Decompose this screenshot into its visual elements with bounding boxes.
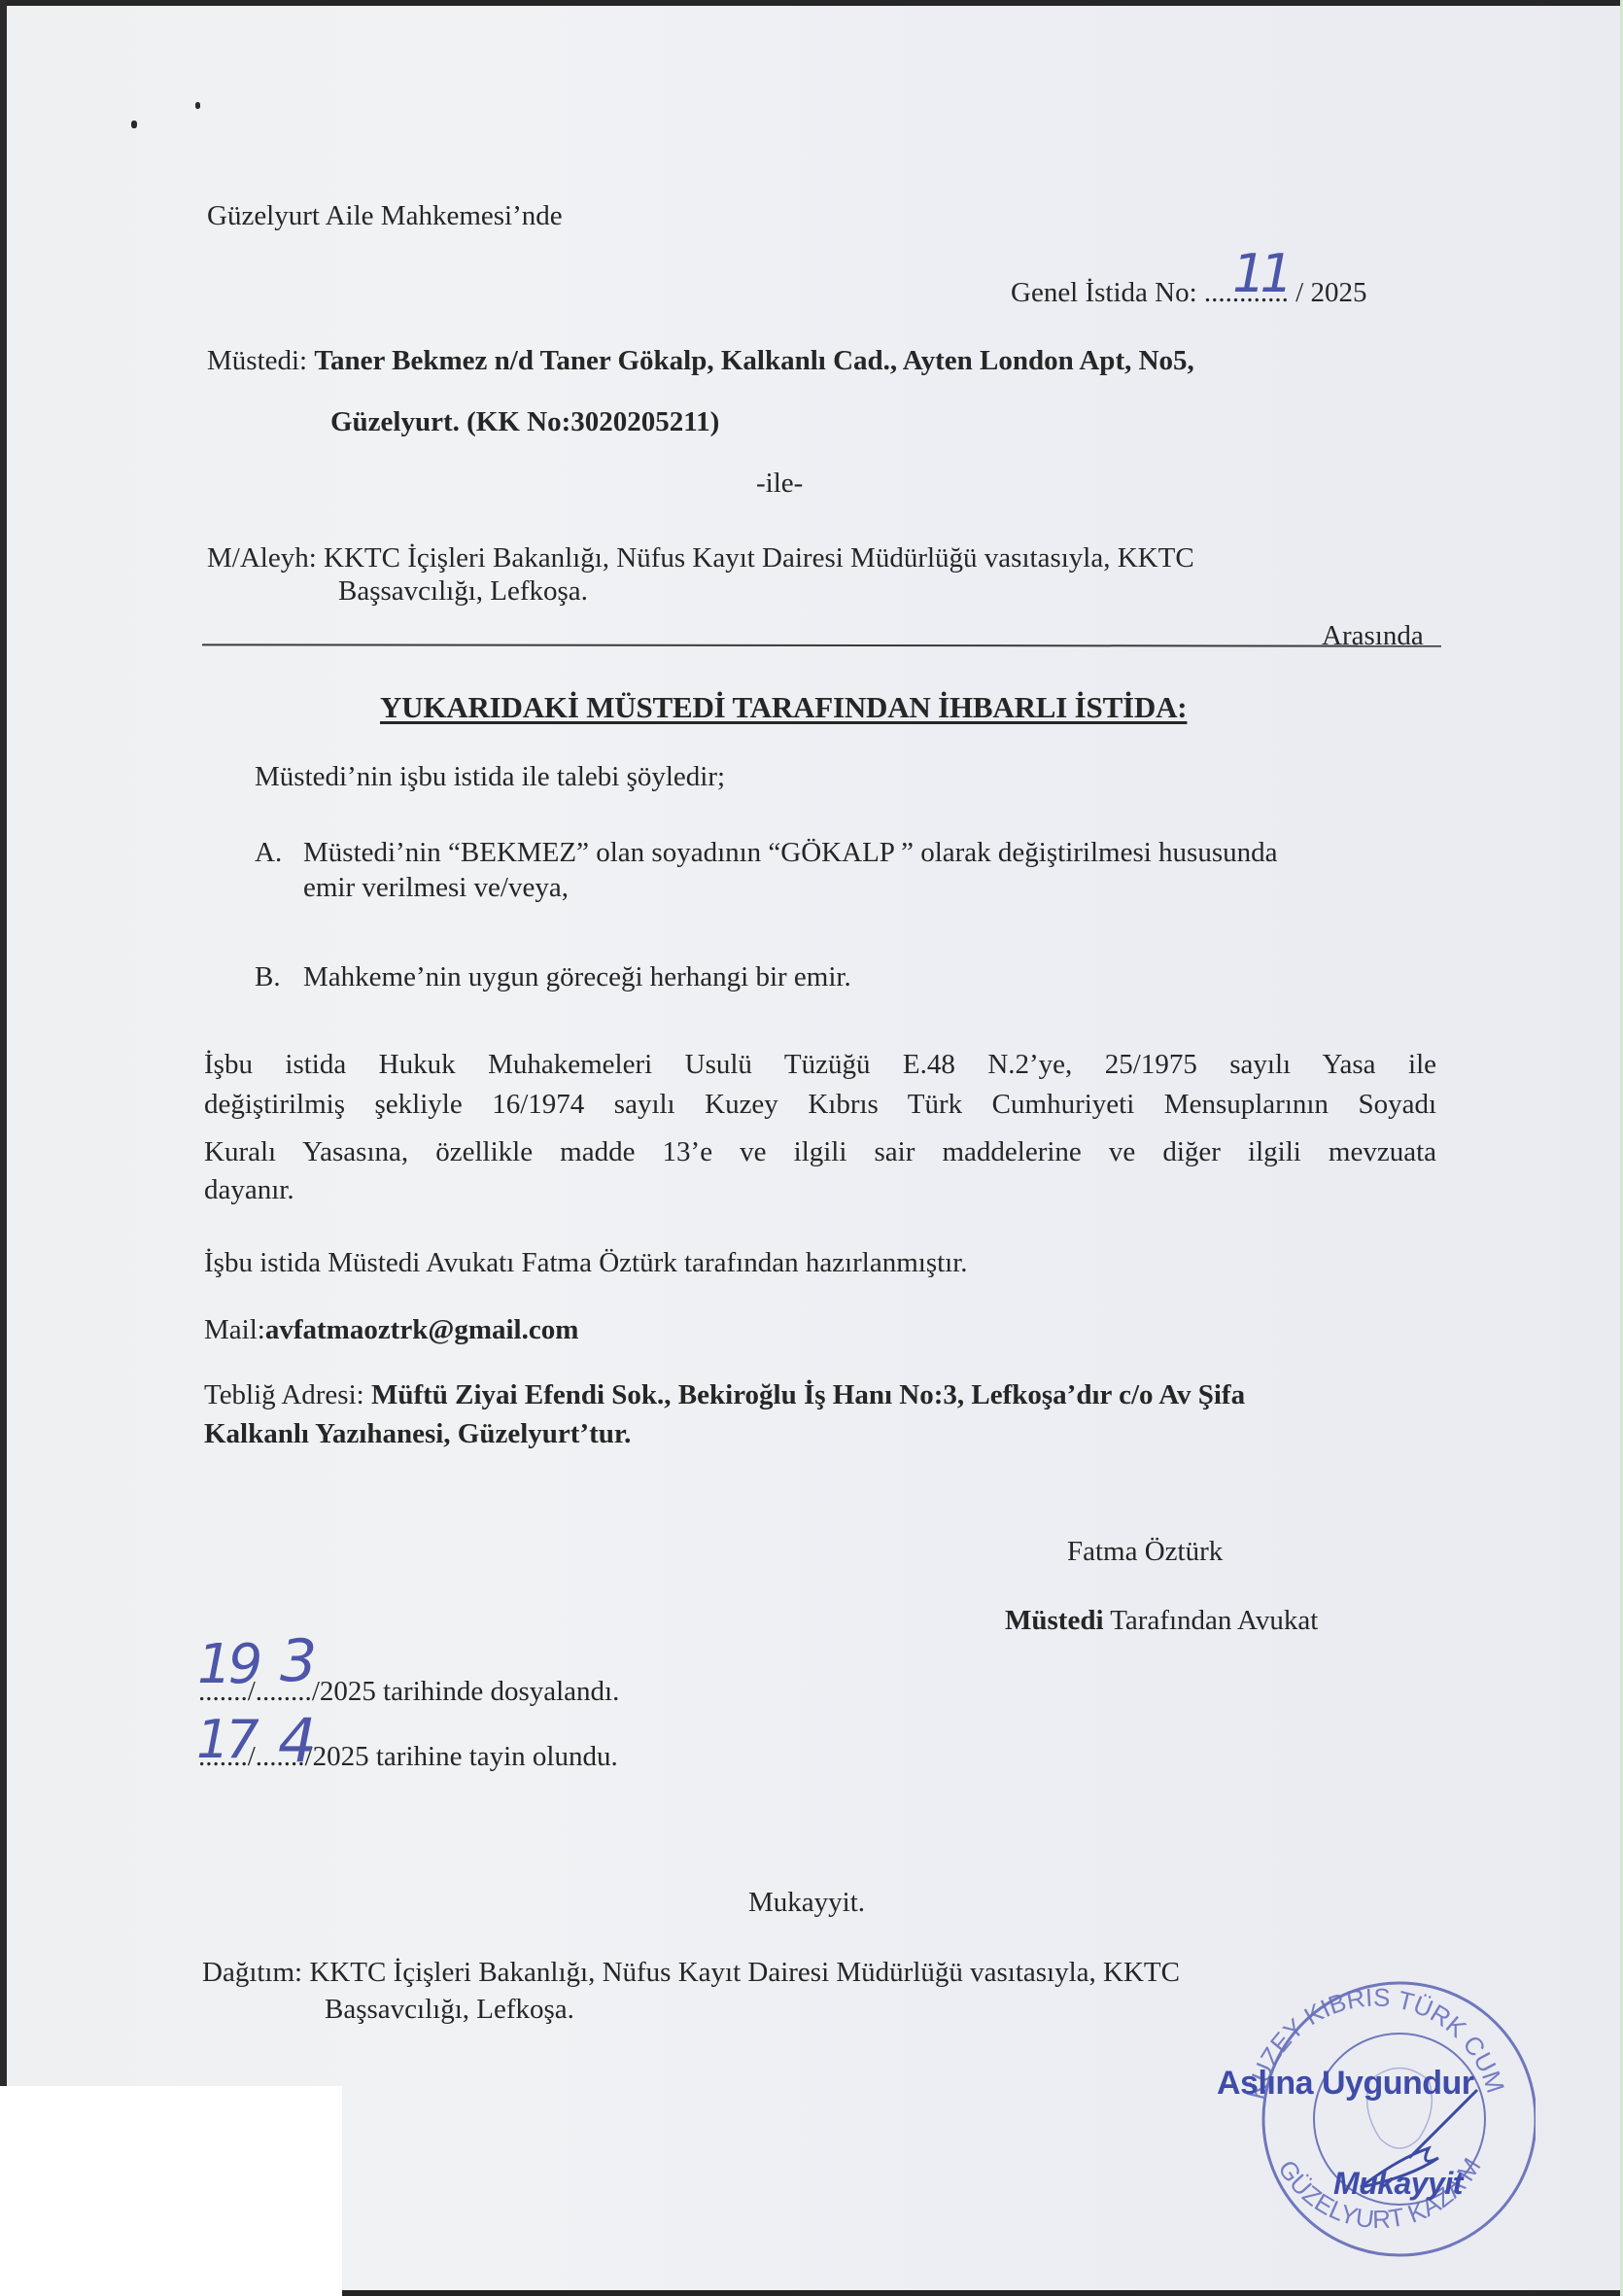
- request-b-marker: B.: [255, 960, 281, 993]
- stamp-registrar-text: Mukayyit: [1333, 2166, 1463, 2202]
- request-intro: Müstedi’nin işbu istida ile talebi şöyle…: [255, 760, 725, 793]
- scan-speck: [195, 102, 200, 109]
- legal-basis-line-2: değiştirilmiş şekliyle 16/1974 sayılı Ku…: [204, 1088, 1436, 1121]
- stamp-certified-copy-text: Aslına Uygundur: [1217, 2065, 1474, 2103]
- handwritten-filed-month: 3: [280, 1627, 317, 1695]
- registrar-label: Mukayyit.: [748, 1886, 865, 1919]
- scan-edge-bottom: [342, 2290, 1623, 2296]
- handwritten-hearing-day: 17: [196, 1709, 256, 1770]
- between-word: -ile-: [756, 467, 803, 500]
- respondent-label: M/Aleyh:: [207, 542, 317, 574]
- redaction-patch: [0, 2086, 342, 2296]
- hearing-date-text: /2025 tarihine tayin olundu.: [305, 1741, 618, 1772]
- mail-address: avfatmaoztrk@gmail.com: [265, 1314, 579, 1345]
- request-b-line-1: Mahkeme’nin uygun göreceği herhangi bir …: [303, 960, 851, 993]
- handwritten-filed-day: 19: [197, 1633, 259, 1696]
- handwritten-case-number: 11: [1232, 243, 1288, 304]
- distribution-label: Dağıtım:: [202, 1957, 302, 1988]
- legal-basis-line-1: İşbu istida Hukuk Muhakemeleri Usulü Tüz…: [204, 1048, 1436, 1081]
- prepared-by: İşbu istida Müstedi Avukatı Fatma Öztürk…: [204, 1246, 968, 1279]
- legal-basis-line-4: dayanır.: [204, 1173, 294, 1206]
- applicant-line-2: Güzelyurt. (KK No:3020205211): [330, 405, 719, 438]
- scan-edge-left: [0, 0, 7, 2086]
- legal-basis-line-3: Kuralı Yasasına, özellikle madde 13’e ve…: [204, 1135, 1436, 1168]
- service-address-label: Tebliğ Adresi:: [204, 1379, 364, 1410]
- request-a-line-2: emir verilmesi ve/veya,: [303, 871, 569, 904]
- signatory-role: Müstedi Tarafından Avukat: [1005, 1604, 1318, 1637]
- distribution-line-1: Dağıtım: KKTC İçişleri Bakanlığı, Nüfus …: [202, 1956, 1180, 1989]
- mail-label: Mail:: [204, 1314, 265, 1345]
- signatory-role-bold: Müstedi: [1005, 1605, 1104, 1636]
- signatory-name: Fatma Öztürk: [1067, 1535, 1223, 1568]
- filing-date-text: /2025 tarihinde dosyalandı.: [312, 1676, 620, 1707]
- request-a-marker: A.: [255, 836, 282, 869]
- respondent-details: KKTC İçişleri Bakanlığı, Nüfus Kayıt Dai…: [324, 542, 1194, 574]
- applicant-line-1: Müstedi: Taner Bekmez n/d Taner Gökalp, …: [207, 344, 1194, 377]
- request-a-line-1: Müstedi’nin “BEKMEZ” olan soyadının “GÖK…: [303, 836, 1277, 869]
- case-number-line: Genel İstida No: ............ / 2025: [1011, 276, 1366, 309]
- handwritten-hearing-month: 4: [278, 1705, 316, 1776]
- court-stamp-icon: KUZEY KIBRIS TÜRK CUMHURİYETİ GÜZELYURT …: [1215, 1954, 1536, 2265]
- distribution-line-2: Başsavcılığı, Lefkoşa.: [325, 1993, 574, 2026]
- service-address-line-2: Kalkanlı Yazıhanesi, Güzelyurt’tur.: [204, 1417, 631, 1450]
- case-number-year: / 2025: [1295, 277, 1366, 308]
- applicant-label: Müstedi:: [207, 345, 307, 376]
- respondent-line-1: M/Aleyh: KKTC İçişleri Bakanlığı, Nüfus …: [207, 541, 1194, 574]
- service-address-value: Müftü Ziyai Efendi Sok., Bekiroğlu İş Ha…: [371, 1379, 1245, 1410]
- mail-line: Mail:avfatmaoztrk@gmail.com: [204, 1313, 578, 1346]
- service-address-line-1: Tebliğ Adresi: Müftü Ziyai Efendi Sok., …: [204, 1378, 1245, 1411]
- case-number-label: Genel İstida No:: [1011, 277, 1197, 308]
- court-name: Güzelyurt Aile Mahkemesi’nde: [207, 199, 563, 232]
- scan-speck: [131, 121, 137, 128]
- filing-date-line: ......./......../2025 tarihinde dosyalan…: [198, 1675, 619, 1708]
- signatory-role-rest: Tarafından Avukat: [1110, 1605, 1318, 1636]
- respondent-line-2: Başsavcılığı, Lefkoşa.: [338, 574, 588, 608]
- petition-title: YUKARIDAKİ MÜSTEDİ TARAFINDAN İHBARLI İS…: [380, 690, 1187, 725]
- distribution-details: KKTC İçişleri Bakanlığı, Nüfus Kayıt Dai…: [309, 1957, 1180, 1988]
- arasinda-label: Arasında: [1322, 619, 1424, 652]
- applicant-details: Taner Bekmez n/d Taner Gökalp, Kalkanlı …: [314, 345, 1193, 376]
- hearing-date-line: ......./......./2025 tarihine tayin olun…: [198, 1740, 618, 1773]
- scan-edge-top: [0, 0, 1623, 6]
